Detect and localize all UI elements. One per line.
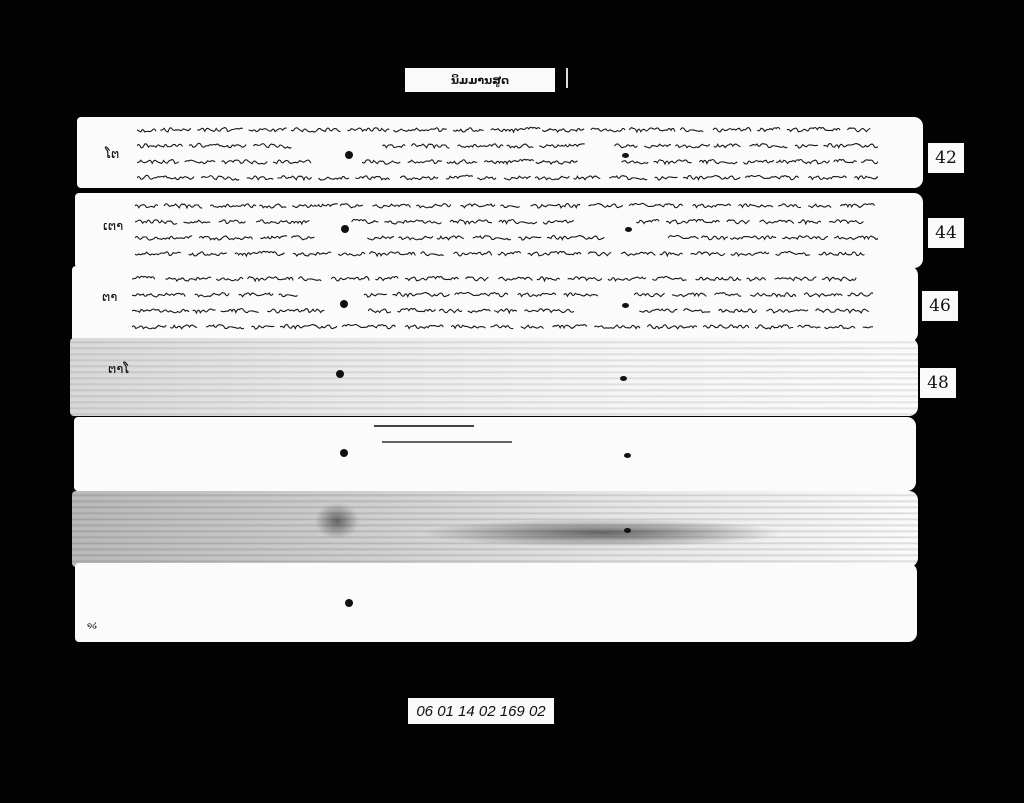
palm-leaf-1: ໂຕ xyxy=(77,117,923,188)
leaf-text-block xyxy=(135,197,878,264)
page-tag-48: 48 xyxy=(920,368,956,398)
manuscript-text-line xyxy=(135,199,878,211)
palm-leaf-6 xyxy=(72,491,918,567)
manuscript-text-line xyxy=(132,320,873,332)
string-hole-right xyxy=(620,376,627,381)
manuscript-text-line xyxy=(137,123,878,135)
string-hole-left xyxy=(336,370,344,378)
string-hole-left xyxy=(341,225,349,233)
string-hole-left xyxy=(345,151,353,159)
palm-leaf-2: ເຕາ xyxy=(75,193,923,268)
string-hole-right xyxy=(622,153,629,158)
palm-leaf-3: ຕາ xyxy=(72,266,918,342)
manuscript-text-line xyxy=(137,155,878,167)
leaf-margin-numeral: ໑໒ xyxy=(87,621,97,630)
archive-code-label: 06 01 14 02 169 02 xyxy=(408,698,554,724)
manuscript-text-line xyxy=(135,215,878,227)
manuscript-text-line xyxy=(135,247,878,259)
string-hole-left xyxy=(340,449,348,457)
leaf-text-block xyxy=(137,121,878,184)
palm-leaf-5 xyxy=(74,417,916,491)
page-tag-42: 42 xyxy=(928,143,964,173)
string-hole-left xyxy=(345,599,353,607)
manuscript-text-line xyxy=(137,139,878,151)
manuscript-text-line xyxy=(137,171,878,183)
string-hole-left xyxy=(340,300,348,308)
manuscript-text-line xyxy=(132,288,873,300)
palm-leaf-7: ໑໒ xyxy=(75,563,917,642)
manuscript-text-line xyxy=(132,304,873,316)
manuscript-text-line xyxy=(132,272,873,284)
scratch-mark xyxy=(382,441,512,443)
leaf-margin-numeral: ເຕາ xyxy=(103,219,123,234)
scratch-mark xyxy=(374,425,474,427)
manuscript-title-label: ນິມມານສູດ xyxy=(405,68,555,92)
string-hole-right xyxy=(625,227,632,232)
leaf-margin-numeral: ຕາ xyxy=(102,290,117,305)
string-hole-right xyxy=(624,453,631,458)
title-tick-mark xyxy=(566,68,568,88)
leaf-text-block xyxy=(132,270,873,338)
page-tag-46: 46 xyxy=(922,291,958,321)
manuscript-text-line xyxy=(135,231,878,243)
page-tag-44: 44 xyxy=(928,218,964,248)
string-hole-right xyxy=(624,528,631,533)
leaf-margin-numeral: ຕາໂ xyxy=(108,362,129,377)
string-hole-right xyxy=(622,303,629,308)
leaf-margin-numeral: ໂຕ xyxy=(105,147,119,162)
palm-leaf-4: ຕາໂ xyxy=(70,338,918,416)
